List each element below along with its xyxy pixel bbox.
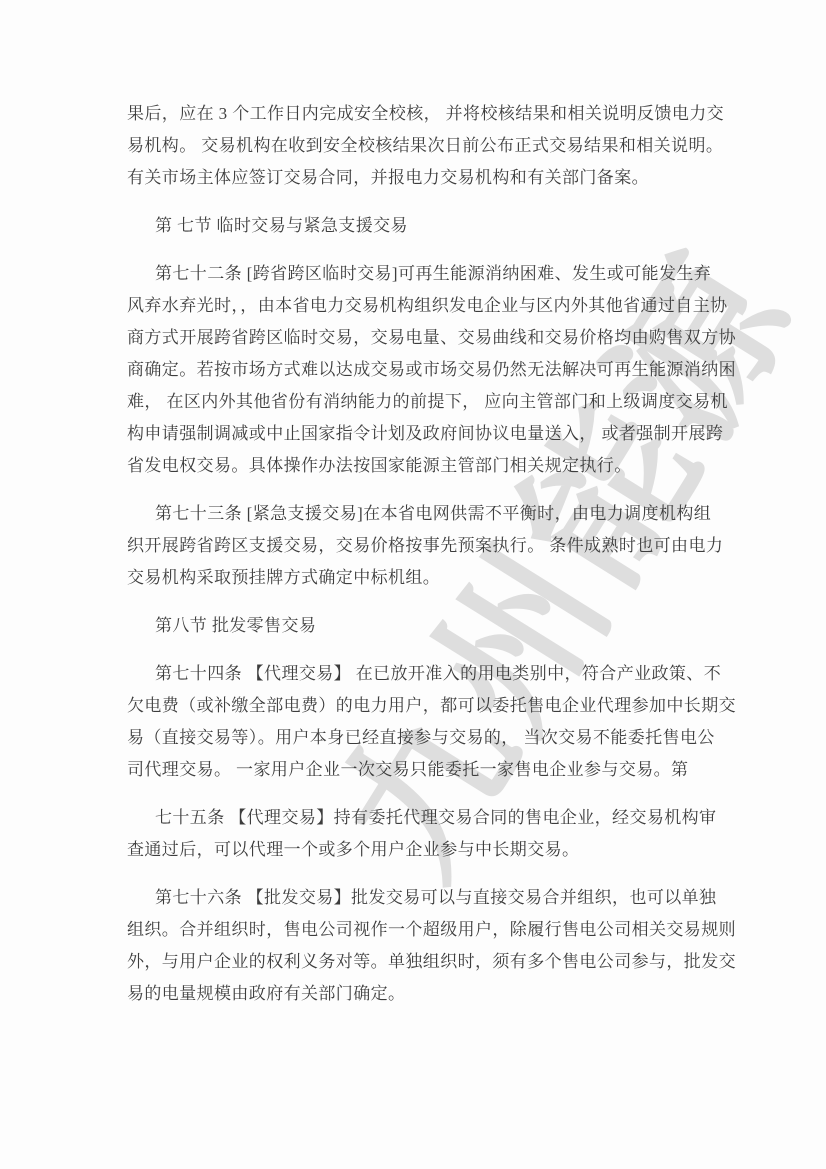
paragraph: 七十五条 【代理交易】持有委托代理交易合同的售电企业，经交易机构审查通过后，可以… [127, 802, 713, 866]
text-line: 外，与用户企业的权利义务对等。单独组织时，须有多个售电公司参与，批发交 [127, 946, 713, 978]
paragraph: 第七十二条 [跨省跨区临时交易]可再生能源消纳困难、发生或可能发生弃风弃水弃光时… [127, 258, 713, 482]
document-content: 果后，应在 3 个工作日内完成安全校核， 并将校核结果和相关说明反馈电力交易机构… [127, 98, 713, 1010]
text-line: 省发电权交易。具体操作办法按国家能源主管部门相关规定执行。 [127, 450, 713, 482]
text-line: 七十五条 【代理交易】持有委托代理交易合同的售电企业，经交易机构审 [127, 802, 713, 834]
text-line: 交易机构采取预挂牌方式确定中标机组。 [127, 562, 713, 594]
text-line: 易机构。 交易机构在收到安全校核结果次日前公布正式交易结果和相关说明。 [127, 130, 713, 162]
text-line: 商确定。若按市场方式难以达成交易或市场交易仍然无法解决可再生能源消纳困 [127, 354, 713, 386]
text-line: 第七十四条 【代理交易】 在已放开准入的用电类别中，符合产业政策、不 [127, 658, 713, 690]
paragraph: 第七十三条 [紧急支援交易]在本省电网供需不平衡时，由电力调度机构组织开展跨省跨… [127, 498, 713, 594]
text-line: 易（直接交易等）。用户本身已经直接参与交易的， 当次交易不能委托售电公 [127, 722, 713, 754]
text-line: 第八节 批发零售交易 [127, 610, 713, 642]
section-heading: 第八节 批发零售交易 [127, 610, 713, 642]
paragraph: 果后，应在 3 个工作日内完成安全校核， 并将校核结果和相关说明反馈电力交易机构… [127, 98, 713, 194]
text-line: 第七十六条 【批发交易】批发交易可以与直接交易合并组织，也可以单独 [127, 882, 713, 914]
text-line: 欠电费（或补缴全部电费）的电力用户，都可以委托售电企业代理参加中长期交 [127, 690, 713, 722]
text-line: 查通过后，可以代理一个或多个用户企业参与中长期交易。 [127, 834, 713, 866]
document-page: 九州能源 果后，应在 3 个工作日内完成安全校核， 并将校核结果和相关说明反馈电… [0, 0, 826, 1169]
paragraph: 第七十六条 【批发交易】批发交易可以与直接交易合并组织，也可以单独组织。合并组织… [127, 882, 713, 1010]
text-line: 商方式开展跨省跨区临时交易，交易电量、交易曲线和交易价格均由购售双方协 [127, 322, 713, 354]
text-line: 果后，应在 3 个工作日内完成安全校核， 并将校核结果和相关说明反馈电力交 [127, 98, 713, 130]
text-line: 有关市场主体应签订交易合同，并报电力交易机构和有关部门备案。 [127, 162, 713, 194]
text-line: 风弃水弃光时，，由本省电力交易机构组织发电企业与区内外其他省通过自主协 [127, 290, 713, 322]
text-line: 构申请强制调减或中止国家指令计划及政府间协议电量送入， 或者强制开展跨 [127, 418, 713, 450]
text-line: 难， 在区内外其他省份有消纳能力的前提下， 应向主管部门和上级调度交易机 [127, 386, 713, 418]
paragraph: 第七十四条 【代理交易】 在已放开准入的用电类别中，符合产业政策、不欠电费（或补… [127, 658, 713, 786]
text-line: 司代理交易。 一家用户企业一次交易只能委托一家售电企业参与交易。第 [127, 754, 713, 786]
section-heading: 第 七节 临时交易与紧急支援交易 [127, 210, 713, 242]
text-line: 第七十二条 [跨省跨区临时交易]可再生能源消纳困难、发生或可能发生弃 [127, 258, 713, 290]
text-line: 第七十三条 [紧急支援交易]在本省电网供需不平衡时，由电力调度机构组 [127, 498, 713, 530]
text-line: 易的电量规模由政府有关部门确定。 [127, 978, 713, 1010]
text-line: 织开展跨省跨区支援交易，交易价格按事先预案执行。 条件成熟时也可由电力 [127, 530, 713, 562]
text-line: 组织。合并组织时，售电公司视作一个超级用户，除履行售电公司相关交易规则 [127, 914, 713, 946]
text-line: 第 七节 临时交易与紧急支援交易 [127, 210, 713, 242]
